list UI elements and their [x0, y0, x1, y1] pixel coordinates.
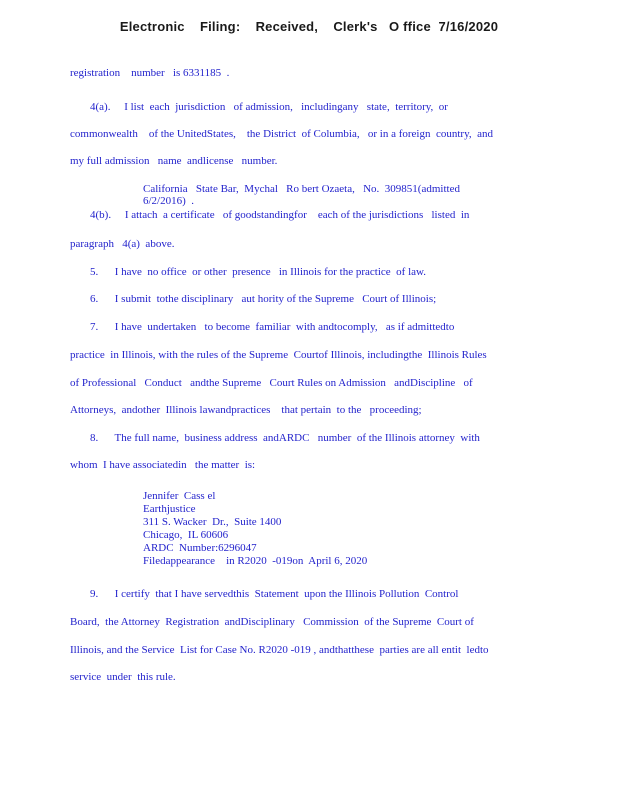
document-page: Electronic Filing: Received, Clerk's O f… [0, 0, 618, 800]
text-line: practice in Illinois, with the rules of … [70, 349, 487, 362]
text-line: 6. I submit tothe disciplinary aut horit… [90, 293, 436, 306]
text-line: 8. The full name, business address andAR… [90, 432, 480, 445]
text-line: ARDC Number:6296047 [143, 542, 257, 555]
text-line: 4(a). I list each jurisdiction of admiss… [90, 101, 448, 114]
text-line: 7. I have undertaken to become familiar … [90, 321, 454, 334]
text-line: whom I have associatedin the matter is: [70, 459, 255, 472]
text-line: paragraph 4(a) above. [70, 238, 174, 251]
text-line: Earthjustice [143, 503, 196, 516]
text-line: commonwealth of the UnitedStates, the Di… [70, 128, 493, 141]
text-line: Chicago, IL 60606 [143, 529, 228, 542]
text-line: 6/2/2016) . [143, 195, 194, 208]
text-line: 9. I certify that I have servedthis Stat… [90, 588, 458, 601]
text-line: Illinois, and the Service List for Case … [70, 644, 489, 657]
text-line: 5. I have no office or other presence in… [90, 266, 426, 279]
text-line: 311 S. Wacker Dr., Suite 1400 [143, 516, 281, 529]
text-line: registration number is 6331185 . [70, 67, 229, 80]
efiling-stamp: Electronic Filing: Received, Clerk's O f… [0, 19, 618, 34]
text-line: my full admission name andlicense number… [70, 155, 277, 168]
text-line: Filedappearance in R2020 -019on April 6,… [143, 555, 367, 568]
text-line: service under this rule. [70, 671, 176, 684]
text-line: of Professional Conduct andthe Supreme C… [70, 377, 473, 390]
text-line: Jennifer Cass el [143, 490, 215, 503]
text-line: Attorneys, andother Illinois lawandpract… [70, 404, 422, 417]
text-line: 4(b). I attach a certificate of goodstan… [90, 209, 469, 222]
text-line: Board, the Attorney Registration andDisc… [70, 616, 474, 629]
